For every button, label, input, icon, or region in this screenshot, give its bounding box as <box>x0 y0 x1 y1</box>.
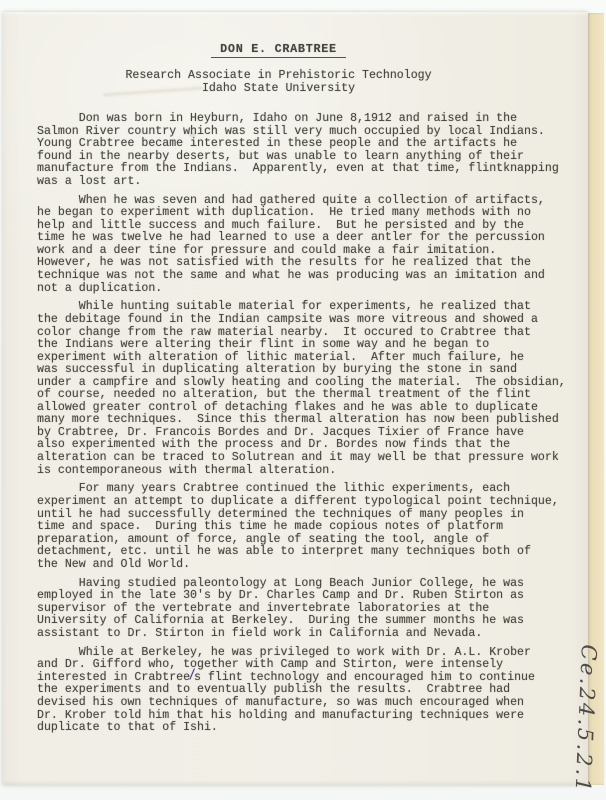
scanned-document: DON E. CRABTREE Research Associate in Pr… <box>0 0 606 800</box>
affiliation-line-2: Idaho State University <box>3 82 554 95</box>
document-header: DON E. CRABTREE Research Associate in Pr… <box>3 39 588 95</box>
paragraph-early-experiments: When he was seven and had gathered quite… <box>37 195 589 295</box>
document-page: DON E. CRABTREE Research Associate in Pr… <box>3 12 588 785</box>
paragraph-berkeley-colleagues: While at Berkeley, he was privileged to … <box>37 647 589 735</box>
handwritten-apostrophe-insertion: / <box>189 669 196 685</box>
document-body: Don was born in Heyburn, Idaho on June 8… <box>37 113 589 741</box>
paragraph-paleontology-career: Having studied paleontology at Long Beac… <box>37 578 589 641</box>
page-title: DON E. CRABTREE <box>211 42 346 58</box>
paragraph-thermal-alteration: While hunting suitable material for expe… <box>37 301 589 477</box>
paragraph-birth-and-youth: Don was born in Heyburn, Idaho on June 8… <box>37 113 589 188</box>
affiliation-line-1: Research Associate in Prehistoric Techno… <box>3 69 554 82</box>
paragraph-lithic-experiments: For many years Crabtree continued the li… <box>37 483 589 571</box>
